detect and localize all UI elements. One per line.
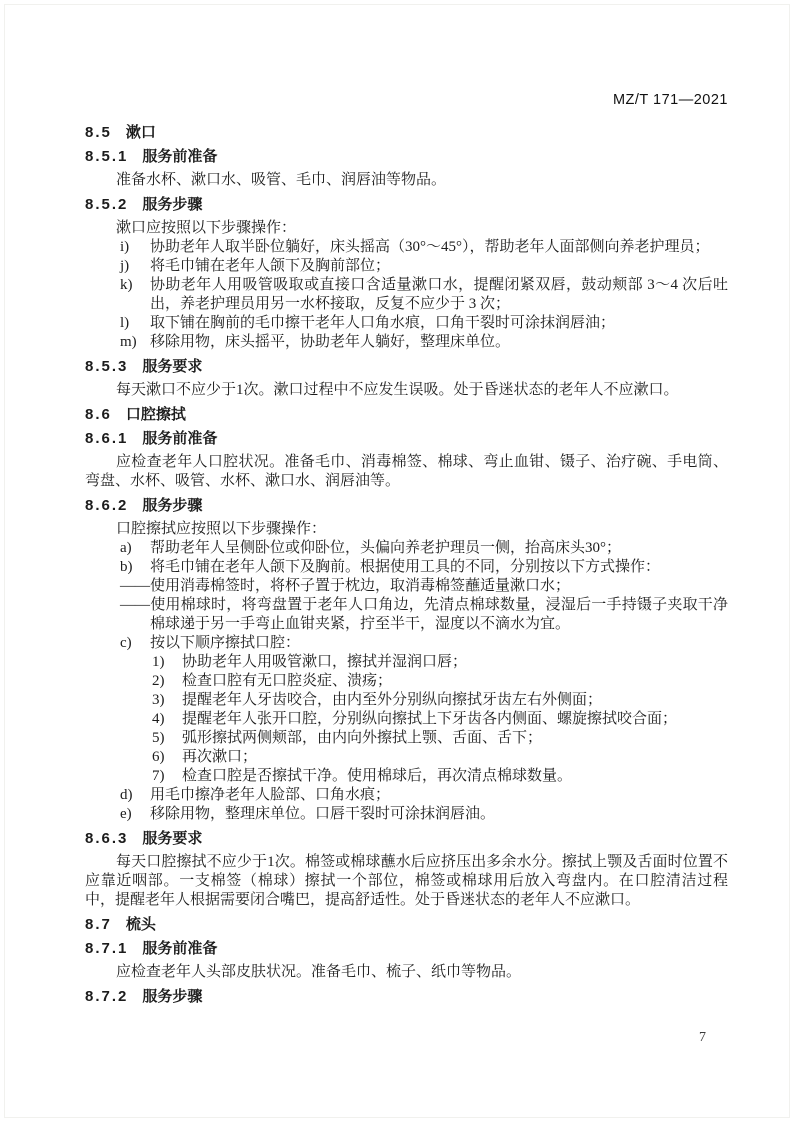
heading-number: 8.7.1 [85, 940, 128, 957]
list-marker: i) [120, 238, 150, 257]
heading-title: 服务步骤 [142, 988, 202, 1005]
list-marker: 1) [152, 653, 182, 672]
list-item-text: 提醒老年人牙齿咬合，由内至外分别纵向擦拭牙齿左右外侧面； [182, 691, 728, 710]
list-marker: d) [120, 786, 150, 805]
heading-title: 服务前准备 [142, 940, 217, 957]
list-marker: j) [120, 257, 150, 276]
heading-title: 服务前准备 [142, 148, 217, 165]
heading-number: 8.5.1 [85, 148, 128, 165]
paragraph: 口腔擦拭应按照以下步骤操作： [85, 520, 728, 539]
list-item-text: 协助老年人用吸管漱口，擦拭并湿润口唇； [182, 653, 728, 672]
heading-number: 8.5 [85, 124, 112, 141]
heading-title: 服务要求 [142, 830, 202, 847]
list-item-text: 取下铺在胸前的毛巾擦干老年人口角水痕，口角干裂时可涂抹润唇油； [150, 314, 728, 333]
heading-title: 服务步骤 [142, 196, 202, 213]
dash-list-item: ——使用棉球时，将弯盘置于老年人口角边，先清点棉球数量，浸湿后一手持镊子夹取干净… [120, 596, 728, 634]
list-marker: m) [120, 333, 150, 352]
subclause-heading: 8.6.3服务要求 [85, 829, 728, 848]
subclause-heading: 8.7.2服务步骤 [85, 987, 728, 1006]
list-marker: a) [120, 539, 150, 558]
lettered-list-item: b)将毛巾铺在老年人颌下及胸前。根据使用工具的不同，分别按以下方式操作： [85, 558, 728, 577]
subclause-heading: 8.5.2服务步骤 [85, 195, 728, 214]
heading-title: 服务步骤 [142, 497, 202, 514]
numbered-list-item: 3)提醒老年人牙齿咬合，由内至外分别纵向擦拭牙齿左右外侧面； [85, 691, 728, 710]
heading-number: 8.7.2 [85, 988, 128, 1005]
subclause-heading: 8.7.1服务前准备 [85, 939, 728, 958]
paragraph: 应检查老年人头部皮肤状况。准备毛巾、梳子、纸巾等物品。 [85, 963, 728, 982]
heading-number: 8.6.1 [85, 430, 128, 447]
list-marker: 4) [152, 710, 182, 729]
heading-title: 服务前准备 [142, 430, 217, 447]
list-item-text: 移除用物，整理床单位。口唇干裂时可涂抹润唇油。 [150, 805, 728, 824]
list-item-text: 移除用物，床头摇平，协助老年人躺好，整理床单位。 [150, 333, 728, 352]
heading-title: 漱口 [126, 124, 156, 141]
lettered-list-item: m)移除用物，床头摇平，协助老年人躺好，整理床单位。 [85, 333, 728, 352]
paragraph: 准备水杯、漱口水、吸管、毛巾、润唇油等物品。 [85, 171, 728, 190]
heading-number: 8.6 [85, 406, 112, 423]
list-item-text: 将毛巾铺在老年人颌下及胸前。根据使用工具的不同，分别按以下方式操作： [150, 558, 728, 577]
list-item-text: 再次漱口； [182, 748, 728, 767]
list-marker: 3) [152, 691, 182, 710]
lettered-list-item: i)协助老年人取半卧位躺好，床头摇高（30°～45°），帮助老年人面部侧向养老护… [85, 238, 728, 257]
list-item-text: 将毛巾铺在老年人颌下及胸前部位； [150, 257, 728, 276]
heading-title: 服务要求 [142, 358, 202, 375]
numbered-list-item: 6)再次漱口； [85, 748, 728, 767]
paragraph: 应检查老年人口腔状况。准备毛巾、消毒棉签、棉球、弯止血钳、镊子、治疗碗、手电筒、… [85, 453, 728, 491]
list-marker: 7) [152, 767, 182, 786]
heading-title: 口腔擦拭 [126, 406, 186, 423]
list-item-text: 检查口腔有无口腔炎症、溃疡； [182, 672, 728, 691]
list-marker: l) [120, 314, 150, 333]
document-page: MZ/T 171—2021 8.5漱口8.5.1服务前准备准备水杯、漱口水、吸管… [0, 0, 794, 1122]
paragraph: 漱口应按照以下步骤操作： [85, 219, 728, 238]
numbered-list-item: 4)提醒老年人张开口腔，分别纵向擦拭上下牙齿各内侧面、螺旋擦拭咬合面； [85, 710, 728, 729]
document-body: 8.5漱口8.5.1服务前准备准备水杯、漱口水、吸管、毛巾、润唇油等物品。8.5… [85, 118, 728, 1011]
paragraph: 每天漱口不应少于1次。漱口过程中不应发生误吸。处于昏迷状态的老年人不应漱口。 [85, 381, 728, 400]
list-item-text: 用毛巾擦净老年人脸部、口角水痕； [150, 786, 728, 805]
list-marker: e) [120, 805, 150, 824]
list-marker: k) [120, 276, 150, 314]
lettered-list-item: l)取下铺在胸前的毛巾擦干老年人口角水痕，口角干裂时可涂抹润唇油； [85, 314, 728, 333]
numbered-list-item: 2)检查口腔有无口腔炎症、溃疡； [85, 672, 728, 691]
dash-list-item: ——使用消毒棉签时，将杯子置于枕边，取消毒棉签蘸适量漱口水； [120, 577, 728, 596]
lettered-list-item: c)按以下顺序擦拭口腔： [85, 634, 728, 653]
heading-number: 8.6.2 [85, 497, 128, 514]
list-marker: c) [120, 634, 150, 653]
clause-heading: 8.7梳头 [85, 915, 728, 934]
subclause-heading: 8.5.3服务要求 [85, 357, 728, 376]
heading-number: 8.7 [85, 916, 112, 933]
subclause-heading: 8.6.2服务步骤 [85, 496, 728, 515]
standard-number-header: MZ/T 171—2021 [613, 92, 728, 108]
heading-number: 8.5.3 [85, 358, 128, 375]
list-item-text: 弧形擦拭两侧颊部，由内向外擦拭上颚、舌面、舌下； [182, 729, 728, 748]
lettered-list-item: a)帮助老年人呈侧卧位或仰卧位，头偏向养老护理员一侧，抬高床头30°； [85, 539, 728, 558]
heading-number: 8.6.3 [85, 830, 128, 847]
numbered-list-item: 1)协助老年人用吸管漱口，擦拭并湿润口唇； [85, 653, 728, 672]
lettered-list-item: d)用毛巾擦净老年人脸部、口角水痕； [85, 786, 728, 805]
heading-number: 8.5.2 [85, 196, 128, 213]
lettered-list-item: j)将毛巾铺在老年人颌下及胸前部位； [85, 257, 728, 276]
lettered-list-item: e)移除用物，整理床单位。口唇干裂时可涂抹润唇油。 [85, 805, 728, 824]
subclause-heading: 8.6.1服务前准备 [85, 429, 728, 448]
clause-heading: 8.5漱口 [85, 123, 728, 142]
list-item-text: 协助老年人取半卧位躺好，床头摇高（30°～45°），帮助老年人面部侧向养老护理员… [150, 238, 728, 257]
numbered-list-item: 7)检查口腔是否擦拭干净。使用棉球后，再次清点棉球数量。 [85, 767, 728, 786]
paragraph: 每天口腔擦拭不应少于1次。棉签或棉球蘸水后应挤压出多余水分。擦拭上颚及舌面时位置… [85, 853, 728, 910]
clause-heading: 8.6口腔擦拭 [85, 405, 728, 424]
list-item-text: 提醒老年人张开口腔，分别纵向擦拭上下牙齿各内侧面、螺旋擦拭咬合面； [182, 710, 728, 729]
heading-title: 梳头 [126, 916, 156, 933]
numbered-list-item: 5)弧形擦拭两侧颊部，由内向外擦拭上颚、舌面、舌下； [85, 729, 728, 748]
list-marker: 5) [152, 729, 182, 748]
list-item-text: 协助老年人用吸管吸取或直接口含适量漱口水，提醒闭紧双唇，鼓动颊部 3～4 次后吐… [150, 276, 728, 314]
lettered-list-item: k)协助老年人用吸管吸取或直接口含适量漱口水，提醒闭紧双唇，鼓动颊部 3～4 次… [85, 276, 728, 314]
list-item-text: 按以下顺序擦拭口腔： [150, 634, 728, 653]
list-item-text: 帮助老年人呈侧卧位或仰卧位，头偏向养老护理员一侧，抬高床头30°； [150, 539, 728, 558]
page-number: 7 [699, 1030, 706, 1046]
list-marker: 6) [152, 748, 182, 767]
list-marker: 2) [152, 672, 182, 691]
list-item-text: 检查口腔是否擦拭干净。使用棉球后，再次清点棉球数量。 [182, 767, 728, 786]
list-marker: b) [120, 558, 150, 577]
subclause-heading: 8.5.1服务前准备 [85, 147, 728, 166]
